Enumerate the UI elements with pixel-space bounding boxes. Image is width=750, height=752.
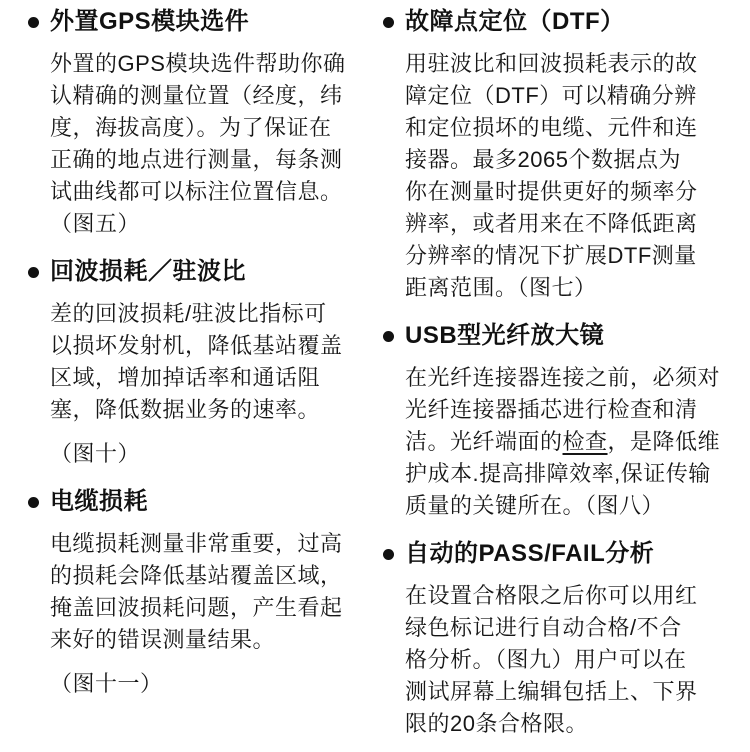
text-line: 电缆损耗测量非常重要，过高 — [50, 528, 383, 560]
feature-section-pass-fail: 自动的PASS/FAIL分析 在设置合格限之后你可以用红 绿色标记进行自动合格/… — [383, 538, 735, 740]
text-line: 用驻波比和回波损耗表示的故 — [405, 48, 735, 80]
section-heading: USB型光纤放大镜 — [383, 320, 735, 352]
text-line: 限的20条合格限。 — [405, 708, 735, 740]
text-line: 外置的GPS模块选件帮助你确 — [50, 48, 383, 80]
text-line: 认精确的测量位置（经度，纬 — [50, 80, 383, 112]
text-line: 掩盖回波损耗问题，产生看起 — [50, 592, 383, 624]
text-segment: 洁。光纤端面的 — [405, 429, 563, 454]
text-line: 绿色标记进行自动合格/不合 — [405, 612, 735, 644]
bullet-icon — [383, 549, 394, 560]
text-line: 在光纤连接器连接之前，必须对 — [405, 362, 735, 394]
section-heading: 回波损耗／驻波比 — [28, 256, 383, 288]
section-heading: 电缆损耗 — [28, 486, 383, 518]
text-line: 接器。最多2065个数据点为 — [405, 144, 735, 176]
paragraph: 用驻波比和回波损耗表示的故 障定位（DTF）可以精确分辨 和定位损坏的电缆、元件… — [405, 48, 735, 304]
text-line: 分辨率的情况下扩展DTF测量 — [405, 240, 735, 272]
text-line: 辨率，或者用来在不降低距离 — [405, 208, 735, 240]
text-line: 障定位（DTF）可以精确分辨 — [405, 80, 735, 112]
feature-section-fiber-scope: USB型光纤放大镜 在光纤连接器连接之前，必须对 光纤连接器插芯进行检查和清 洁… — [383, 320, 735, 522]
text-line: 在设置合格限之后你可以用红 — [405, 580, 735, 612]
column-left: 外置GPS模块选件 外置的GPS模块选件帮助你确 认精确的测量位置（经度，纬 度… — [28, 6, 383, 752]
bullet-icon — [28, 497, 39, 508]
text-line: 你在测量时提供更好的频率分 — [405, 176, 735, 208]
text-line: 距离范围。（图七） — [405, 272, 735, 304]
underlined-text: 检查 — [563, 429, 608, 454]
figure-ref: （图十） — [50, 438, 383, 470]
text-line: 光纤连接器插芯进行检查和清 — [405, 394, 735, 426]
text-line: 试曲线都可以标注位置信息。 — [50, 176, 383, 208]
section-title: 电缆损耗 — [50, 486, 148, 518]
text-line: 差的回波损耗/驻波比指标可 — [50, 298, 383, 330]
figure-ref: （图十一） — [50, 668, 383, 700]
section-heading: 自动的PASS/FAIL分析 — [383, 538, 735, 570]
section-title: 回波损耗／驻波比 — [50, 256, 246, 288]
text-line: 正确的地点进行测量，每条测 — [50, 144, 383, 176]
text-line: 塞，降低数据业务的速率。 — [50, 394, 383, 426]
paragraph: 电缆损耗测量非常重要，过高 的损耗会降低基站覆盖区域， 掩盖回波损耗问题，产生看… — [50, 528, 383, 700]
paragraph: 外置的GPS模块选件帮助你确 认精确的测量位置（经度，纬 度，海拔高度）。为了保… — [50, 48, 383, 240]
feature-section-gps: 外置GPS模块选件 外置的GPS模块选件帮助你确 认精确的测量位置（经度，纬 度… — [28, 6, 383, 240]
feature-section-dtf: 故障点定位（DTF） 用驻波比和回波损耗表示的故 障定位（DTF）可以精确分辨 … — [383, 6, 735, 304]
paragraph: 在设置合格限之后你可以用红 绿色标记进行自动合格/不合 格分析。（图九）用户可以… — [405, 580, 735, 740]
text-line: 格分析。（图九）用户可以在 — [405, 644, 735, 676]
text-line: 度，海拔高度）。为了保证在 — [50, 112, 383, 144]
section-title: 故障点定位（DTF） — [405, 6, 625, 38]
text-line: 和定位损坏的电缆、元件和连 — [405, 112, 735, 144]
bullet-icon — [28, 17, 39, 28]
text-segment: ，是降低维 — [608, 429, 721, 454]
text-line: 区域，增加掉话率和通话阻 — [50, 362, 383, 394]
paragraph: 在光纤连接器连接之前，必须对 光纤连接器插芯进行检查和清 洁。光纤端面的检查，是… — [405, 362, 735, 522]
text-line: 来好的错误测量结果。 — [50, 624, 383, 656]
figure-ref: （图五） — [50, 208, 383, 240]
column-right: 故障点定位（DTF） 用驻波比和回波损耗表示的故 障定位（DTF）可以精确分辨 … — [383, 6, 735, 752]
bullet-icon — [28, 267, 39, 278]
section-heading: 外置GPS模块选件 — [28, 6, 383, 38]
text-line: 的损耗会降低基站覆盖区域， — [50, 560, 383, 592]
feature-section-cable-loss: 电缆损耗 电缆损耗测量非常重要，过高 的损耗会降低基站覆盖区域， 掩盖回波损耗问… — [28, 486, 383, 700]
bullet-icon — [383, 17, 394, 28]
paragraph: 差的回波损耗/驻波比指标可 以损坏发射机，降低基站覆盖 区域，增加掉话率和通话阻… — [50, 298, 383, 470]
text-line: 质量的关键所在。（图八） — [405, 490, 735, 522]
section-title: 外置GPS模块选件 — [50, 6, 249, 38]
section-title: 自动的PASS/FAIL分析 — [405, 538, 654, 570]
section-title: USB型光纤放大镜 — [405, 320, 604, 352]
text-line: 以损坏发射机，降低基站覆盖 — [50, 330, 383, 362]
bullet-icon — [383, 331, 394, 342]
feature-section-return-loss: 回波损耗／驻波比 差的回波损耗/驻波比指标可 以损坏发射机，降低基站覆盖 区域，… — [28, 256, 383, 470]
text-line-with-underline: 洁。光纤端面的检查，是降低维 — [405, 426, 735, 458]
section-heading: 故障点定位（DTF） — [383, 6, 735, 38]
text-line: 测试屏幕上编辑包括上、下界 — [405, 676, 735, 708]
text-line: 护成本.提高排障效率,保证传输 — [405, 458, 735, 490]
document-page: 外置GPS模块选件 外置的GPS模块选件帮助你确 认精确的测量位置（经度，纬 度… — [0, 0, 750, 752]
